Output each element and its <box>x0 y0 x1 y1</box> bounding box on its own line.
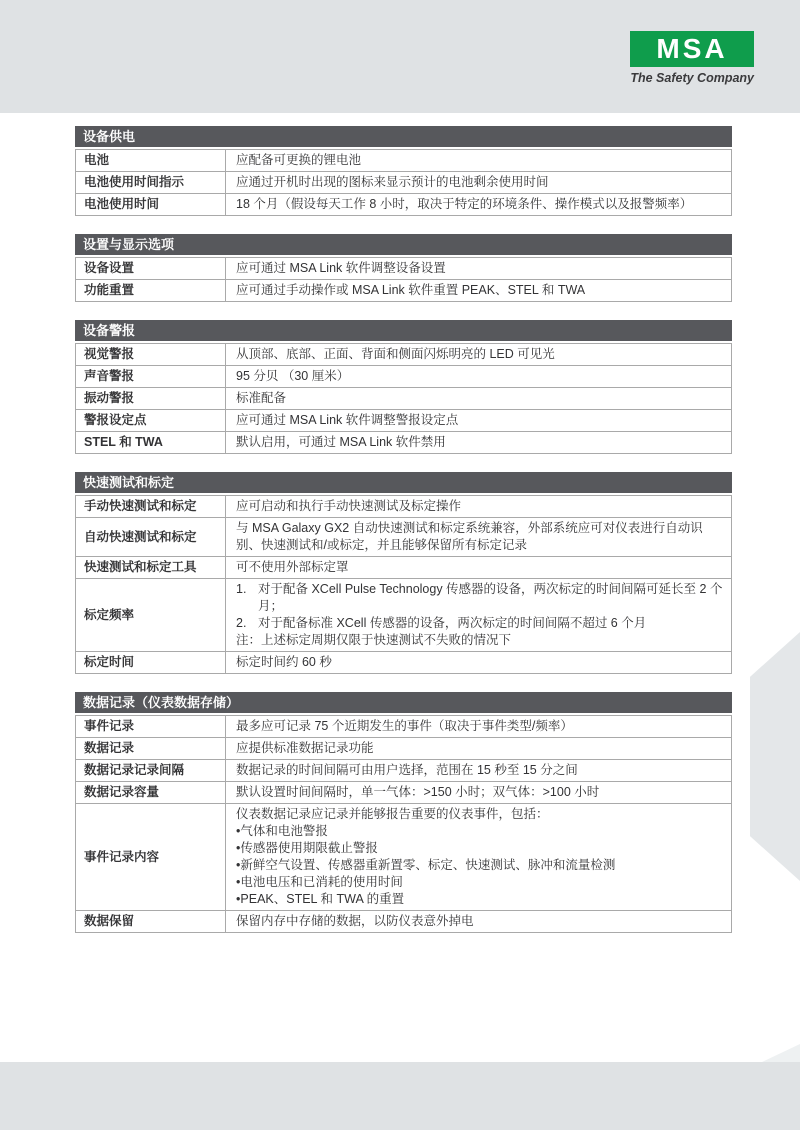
spec-value-line: •气体和电池警报 <box>236 823 723 840</box>
spec-value: 应通过开机时出现的图标来显示预计的电池剩余使用时间 <box>226 172 731 193</box>
table-body: 手动快速测试和标定应可启动和执行手动快速测试及标定操作自动快速测试和标定与 MS… <box>75 495 732 674</box>
table-section-title: 设备警报 <box>75 320 732 341</box>
spec-table: 快速测试和标定手动快速测试和标定应可启动和执行手动快速测试及标定操作自动快速测试… <box>75 472 732 674</box>
table-row: 警报设定点应可通过 MSA Link 软件调整警报设定点 <box>76 409 731 431</box>
msa-logo-tagline: The Safety Company <box>630 71 754 85</box>
spec-value-text: 电池电压和已消耗的使用时间 <box>240 874 403 891</box>
table-section-title: 设备供电 <box>75 126 732 147</box>
table-row: 声音警报95 分贝 （30 厘米） <box>76 365 731 387</box>
spec-value: 默认设置时间间隔时，单一气体：>150 小时；双气体：>100 小时 <box>226 782 731 803</box>
spec-value-line: 仪表数据记录应记录并能够报告重要的仪表事件，包括： <box>236 806 723 823</box>
spec-label: 事件记录 <box>76 716 226 737</box>
table-body: 电池应配备可更换的锂电池电池使用时间指示应通过开机时出现的图标来显示预计的电池剩… <box>75 149 732 216</box>
table-row: 电池使用时间指示应通过开机时出现的图标来显示预计的电池剩余使用时间 <box>76 171 731 193</box>
spec-value: 应可通过 MSA Link 软件调整警报设定点 <box>226 410 731 431</box>
spec-label: 警报设定点 <box>76 410 226 431</box>
list-number: 2. <box>236 615 258 632</box>
spec-label: 事件记录内容 <box>76 804 226 910</box>
spec-value-line: •PEAK、STEL 和 TWA 的重置 <box>236 891 723 908</box>
spec-value-line: •传感器使用期限截止警报 <box>236 840 723 857</box>
spec-value-text: 对于配备 XCell Pulse Technology 传感器的设备，两次标定的… <box>258 581 723 615</box>
spec-value-line: •新鲜空气设置、传感器重新置零、标定、快速测试、脉冲和流量检测 <box>236 857 723 874</box>
spec-label: 电池 <box>76 150 226 171</box>
spec-value: 仪表数据记录应记录并能够报告重要的仪表事件，包括：•气体和电池警报•传感器使用期… <box>226 804 731 910</box>
table-row: 功能重置应可通过手动操作或 MSA Link 软件重置 PEAK、STEL 和 … <box>76 279 731 301</box>
spec-label: 标定时间 <box>76 652 226 673</box>
table-row: 设备设置应可通过 MSA Link 软件调整设备设置 <box>76 258 731 279</box>
spec-value: 95 分贝 （30 厘米） <box>226 366 731 387</box>
table-row: 标定频率1.对于配备 XCell Pulse Technology 传感器的设备… <box>76 578 731 651</box>
table-body: 视觉警报从顶部、底部、正面、背面和侧面闪烁明亮的 LED 可见光声音警报95 分… <box>75 343 732 454</box>
table-row: 自动快速测试和标定与 MSA Galaxy GX2 自动快速测试和标定系统兼容，… <box>76 517 731 556</box>
spec-value: 可不使用外部标定罩 <box>226 557 731 578</box>
spec-label: 振动警报 <box>76 388 226 409</box>
spec-value-line: 2.对于配备标准 XCell 传感器的设备，两次标定的时间间隔不超过 6 个月 <box>236 615 723 632</box>
spec-label: 视觉警报 <box>76 344 226 365</box>
spec-value-text: 注：上述标定周期仅限于快速测试不失败的情况下 <box>236 632 511 649</box>
spec-value: 应配备可更换的锂电池 <box>226 150 731 171</box>
spec-value: 18 个月（假设每天工作 8 小时，取决于特定的环境条件、操作模式以及报警频率） <box>226 194 731 215</box>
spec-value-line: 1.对于配备 XCell Pulse Technology 传感器的设备，两次标… <box>236 581 723 615</box>
spec-value: 数据记录的时间间隔可由用户选择，范围在 15 秒至 15 分之间 <box>226 760 731 781</box>
table-section-title: 数据记录（仪表数据存储） <box>75 692 732 713</box>
list-number: 1. <box>236 581 258 615</box>
spec-label: 数据记录记录间隔 <box>76 760 226 781</box>
decorative-hexagon <box>750 632 800 881</box>
table-section-title: 设置与显示选项 <box>75 234 732 255</box>
spec-label: 自动快速测试和标定 <box>76 518 226 556</box>
table-row: 手动快速测试和标定应可启动和执行手动快速测试及标定操作 <box>76 496 731 517</box>
table-row: 事件记录内容仪表数据记录应记录并能够报告重要的仪表事件，包括：•气体和电池警报•… <box>76 803 731 910</box>
table-row: 振动警报标准配备 <box>76 387 731 409</box>
spec-label: 数据记录容量 <box>76 782 226 803</box>
spec-value: 默认启用，可通过 MSA Link 软件禁用 <box>226 432 731 453</box>
spec-table: 数据记录（仪表数据存储）事件记录最多应可记录 75 个近期发生的事件（取决于事件… <box>75 692 732 933</box>
spec-value: 应可启动和执行手动快速测试及标定操作 <box>226 496 731 517</box>
spec-value: 1.对于配备 XCell Pulse Technology 传感器的设备，两次标… <box>226 579 731 651</box>
spec-table: 设备供电电池应配备可更换的锂电池电池使用时间指示应通过开机时出现的图标来显示预计… <box>75 126 732 216</box>
spec-label: 数据保留 <box>76 911 226 932</box>
spec-value: 保留内存中存储的数据，以防仪表意外掉电 <box>226 911 731 932</box>
spec-table: 设置与显示选项设备设置应可通过 MSA Link 软件调整设备设置功能重置应可通… <box>75 234 732 302</box>
spec-label: 电池使用时间指示 <box>76 172 226 193</box>
spec-label: 设备设置 <box>76 258 226 279</box>
table-row: 电池使用时间18 个月（假设每天工作 8 小时，取决于特定的环境条件、操作模式以… <box>76 193 731 215</box>
spec-value: 应提供标准数据记录功能 <box>226 738 731 759</box>
spec-value-line: •电池电压和已消耗的使用时间 <box>236 874 723 891</box>
spec-value: 最多应可记录 75 个近期发生的事件（取决于事件类型/频率） <box>226 716 731 737</box>
spec-value: 应可通过 MSA Link 软件调整设备设置 <box>226 258 731 279</box>
spec-value: 标准配备 <box>226 388 731 409</box>
table-section-title: 快速测试和标定 <box>75 472 732 493</box>
spec-table: 设备警报视觉警报从顶部、底部、正面、背面和侧面闪烁明亮的 LED 可见光声音警报… <box>75 320 732 454</box>
spec-label: 电池使用时间 <box>76 194 226 215</box>
spec-value: 标定时间约 60 秒 <box>226 652 731 673</box>
table-row: STEL 和 TWA默认启用，可通过 MSA Link 软件禁用 <box>76 431 731 453</box>
bottom-band <box>0 1062 800 1130</box>
spec-sheet-tables: 设备供电电池应配备可更换的锂电池电池使用时间指示应通过开机时出现的图标来显示预计… <box>75 126 732 951</box>
spec-label: 声音警报 <box>76 366 226 387</box>
spec-value-text: 气体和电池警报 <box>240 823 328 840</box>
msa-logo: MSA The Safety Company <box>630 31 754 85</box>
msa-logo-mark: MSA <box>630 31 754 67</box>
spec-value: 应可通过手动操作或 MSA Link 软件重置 PEAK、STEL 和 TWA <box>226 280 731 301</box>
spec-label: 功能重置 <box>76 280 226 301</box>
table-row: 数据保留保留内存中存储的数据，以防仪表意外掉电 <box>76 910 731 932</box>
table-row: 标定时间标定时间约 60 秒 <box>76 651 731 673</box>
table-row: 数据记录记录间隔数据记录的时间间隔可由用户选择，范围在 15 秒至 15 分之间 <box>76 759 731 781</box>
table-row: 视觉警报从顶部、底部、正面、背面和侧面闪烁明亮的 LED 可见光 <box>76 344 731 365</box>
table-row: 快速测试和标定工具可不使用外部标定罩 <box>76 556 731 578</box>
spec-label: 手动快速测试和标定 <box>76 496 226 517</box>
spec-value-text: 仪表数据记录应记录并能够报告重要的仪表事件，包括： <box>236 806 549 823</box>
spec-value: 与 MSA Galaxy GX2 自动快速测试和标定系统兼容，外部系统应可对仪表… <box>226 518 731 556</box>
spec-value-line: 注：上述标定周期仅限于快速测试不失败的情况下 <box>236 632 723 649</box>
msa-logo-text: MSA <box>656 33 727 65</box>
spec-value-text: PEAK、STEL 和 TWA 的重置 <box>240 891 404 908</box>
table-row: 事件记录最多应可记录 75 个近期发生的事件（取决于事件类型/频率） <box>76 716 731 737</box>
spec-label: 快速测试和标定工具 <box>76 557 226 578</box>
table-row: 数据记录容量默认设置时间间隔时，单一气体：>150 小时；双气体：>100 小时 <box>76 781 731 803</box>
spec-label: 标定频率 <box>76 579 226 651</box>
spec-label: STEL 和 TWA <box>76 432 226 453</box>
spec-value-text: 新鲜空气设置、传感器重新置零、标定、快速测试、脉冲和流量检测 <box>240 857 615 874</box>
table-row: 电池应配备可更换的锂电池 <box>76 150 731 171</box>
table-row: 数据记录应提供标准数据记录功能 <box>76 737 731 759</box>
spec-value-text: 传感器使用期限截止警报 <box>240 840 378 857</box>
spec-value-text: 对于配备标准 XCell 传感器的设备，两次标定的时间间隔不超过 6 个月 <box>258 615 646 632</box>
spec-value: 从顶部、底部、正面、背面和侧面闪烁明亮的 LED 可见光 <box>226 344 731 365</box>
table-body: 事件记录最多应可记录 75 个近期发生的事件（取决于事件类型/频率）数据记录应提… <box>75 715 732 933</box>
table-body: 设备设置应可通过 MSA Link 软件调整设备设置功能重置应可通过手动操作或 … <box>75 257 732 302</box>
decorative-corner <box>762 1044 800 1062</box>
spec-label: 数据记录 <box>76 738 226 759</box>
